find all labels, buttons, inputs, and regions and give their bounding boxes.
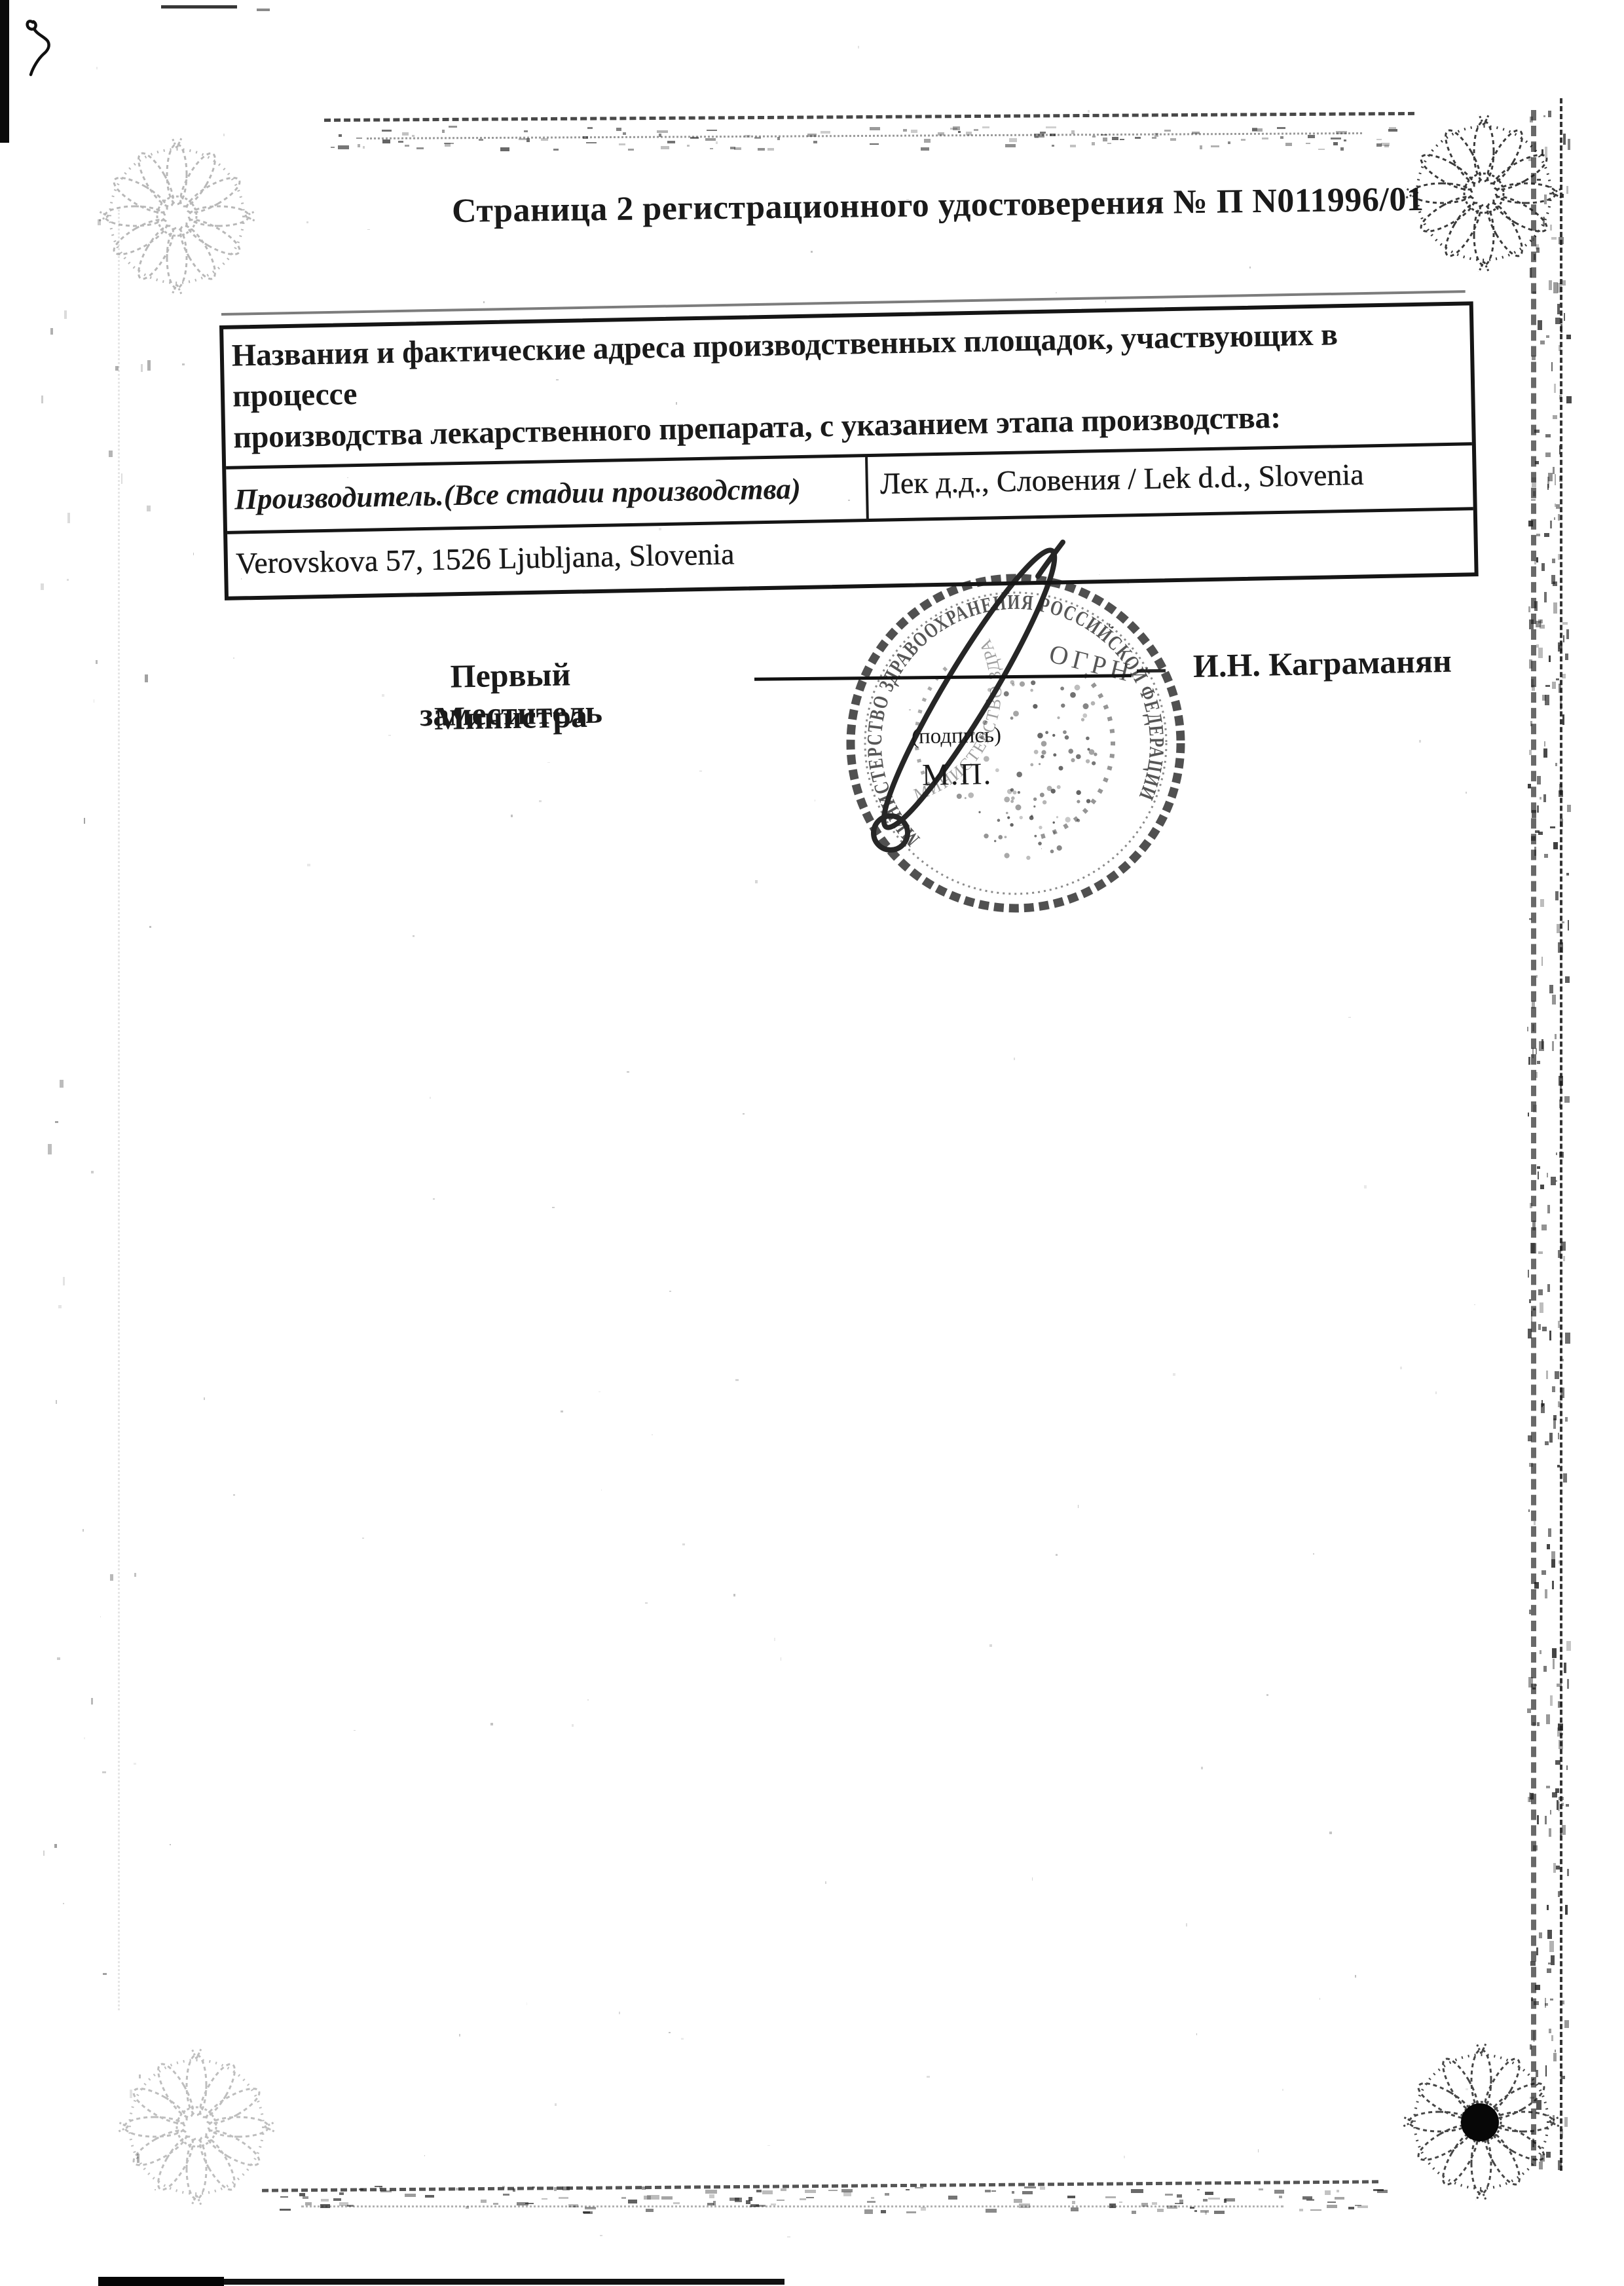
scan-speck — [762, 2190, 773, 2194]
signer-name: И.Н. Каграманян — [1192, 642, 1452, 685]
scan-speck — [1529, 1792, 1530, 1802]
scan-speck — [1005, 144, 1016, 148]
scan-speck — [41, 583, 44, 590]
scan-speck — [503, 2194, 509, 2195]
scan-speck — [1555, 1034, 1557, 1039]
scan-speck — [1566, 335, 1571, 339]
scan-speck — [1377, 2190, 1388, 2193]
scan-speck — [661, 2196, 673, 2200]
scan-speck — [1224, 2199, 1227, 2203]
scan-speck — [1542, 1327, 1547, 1331]
scan-speck — [986, 2209, 997, 2213]
scan-speck — [1348, 1017, 1350, 1018]
scan-speck — [307, 864, 310, 866]
scan-speck — [64, 310, 67, 319]
scan-speck — [1538, 1324, 1541, 1330]
scan-speck — [1056, 292, 1057, 293]
scan-speck — [1052, 145, 1054, 147]
scan-speck — [583, 2211, 590, 2213]
scan-speck — [459, 2034, 460, 2037]
scan-speck — [58, 1305, 62, 1308]
scan-speck — [974, 129, 978, 131]
scan-speck — [1376, 143, 1382, 147]
scan-speck — [600, 2235, 602, 2236]
scan-speck — [815, 800, 815, 802]
scan-speck — [673, 2202, 680, 2204]
scan-speck — [1541, 1403, 1545, 1413]
scan-speck — [331, 147, 335, 148]
scan-speck — [57, 1657, 60, 1660]
scan-speck — [1566, 396, 1572, 403]
scan-speck — [442, 130, 445, 133]
scan-speck — [906, 2211, 916, 2213]
scan-speck — [1538, 320, 1542, 330]
scan-speck — [1564, 1663, 1566, 1673]
scan-speck — [405, 145, 409, 147]
scan-speck — [223, 134, 225, 136]
scan-speck — [587, 127, 593, 129]
scan-speck — [1564, 2020, 1570, 2029]
scan-speck — [1536, 1947, 1538, 1955]
scan-speck — [628, 149, 633, 150]
scan-speck — [1528, 1270, 1529, 1278]
scan-speck — [1545, 1816, 1547, 1824]
scan-speck — [707, 2203, 714, 2205]
scan-speck — [1552, 559, 1555, 563]
scan-speck — [781, 2188, 786, 2191]
scan-speck — [1553, 602, 1558, 613]
scan-speck — [1152, 137, 1156, 139]
scan-speck — [1568, 920, 1569, 931]
scan-speck — [1194, 2210, 1197, 2212]
scan-speck — [1566, 1765, 1568, 1771]
scan-speck — [758, 148, 764, 151]
scan-speck — [1547, 1284, 1550, 1292]
scan-speck — [927, 2076, 930, 2078]
scan-speck — [682, 1543, 685, 1545]
scan-speck — [1277, 127, 1285, 129]
scan-speck — [1544, 854, 1548, 858]
scan-speck — [1306, 143, 1310, 144]
scan-speck — [1555, 1371, 1559, 1379]
frame-top-border — [324, 112, 1414, 122]
scan-speck — [1544, 592, 1547, 602]
scan-speck — [1553, 581, 1557, 586]
scan-speck — [1527, 1708, 1530, 1713]
scan-speck — [1547, 1905, 1549, 1910]
scan-speck — [1308, 135, 1315, 138]
scan-speck — [424, 2155, 425, 2156]
scan-speck — [1388, 129, 1398, 131]
scan-speck — [1540, 341, 1545, 344]
scan-speck — [1056, 1554, 1058, 1556]
scan-speck — [1282, 2089, 1283, 2090]
scan-speck — [1092, 136, 1096, 138]
frame-left-border — [118, 210, 120, 2010]
scan-speck — [1547, 1544, 1550, 1549]
scan-speck — [1549, 2029, 1551, 2034]
scan-speck — [1565, 1905, 1568, 1915]
scan-speck — [1541, 1570, 1546, 1575]
scan-speck — [1540, 1185, 1545, 1190]
scan-speck — [1545, 695, 1550, 705]
scan-speck — [1540, 625, 1545, 629]
scan-speck — [449, 126, 457, 128]
scan-speck — [628, 2200, 637, 2203]
scan-speck — [367, 229, 370, 230]
scan-speck — [96, 660, 98, 663]
scan-speck — [41, 396, 43, 403]
scan-speck — [1252, 128, 1257, 131]
scan-speck — [1536, 975, 1538, 977]
scan-speck — [1554, 384, 1556, 393]
scan-speck — [54, 1844, 58, 1847]
scan-speck — [1105, 2196, 1116, 2198]
scan-speck — [1539, 1932, 1542, 1938]
scan-speck — [710, 148, 713, 149]
scan-speck — [483, 301, 485, 303]
scan-speck — [91, 1698, 93, 1705]
scan-speck — [1552, 1581, 1554, 1590]
scan-speck — [1545, 1998, 1547, 2008]
scan-speck — [1549, 1331, 1551, 1341]
scan-speck — [354, 1730, 356, 1731]
scanned-certificate-page: Страница 2 регистрационного удостоверени… — [0, 0, 1624, 2286]
scan-speck — [1302, 2196, 1313, 2200]
scan-speck — [1541, 1400, 1543, 1407]
scan-speck — [1546, 1371, 1548, 1379]
scan-speck — [1331, 138, 1341, 139]
scan-speck — [1555, 504, 1557, 507]
scan-speck — [1547, 1930, 1552, 1939]
scan-speck — [1542, 695, 1546, 701]
producer-label-cell: Производитель.(Все стадии производства) — [226, 457, 869, 531]
scan-speck — [1299, 2209, 1303, 2211]
scan-speck — [1132, 2211, 1137, 2214]
scan-speck — [1549, 1433, 1553, 1443]
scan-speck — [781, 1657, 782, 1661]
scan-speck — [109, 451, 113, 457]
scan-speck — [1313, 1553, 1314, 1555]
scan-speck — [50, 328, 53, 335]
scan-speck — [709, 2194, 715, 2198]
scan-speck — [1547, 484, 1549, 490]
scan-speck — [1310, 2209, 1321, 2211]
scan-speck — [730, 147, 735, 149]
scan-speck — [1545, 452, 1551, 457]
scan-speck — [333, 2198, 341, 2201]
scan-speck — [1266, 1694, 1268, 1695]
scan-speck — [1550, 1999, 1553, 2000]
scan-speck — [1225, 2198, 1236, 2202]
scan-speck — [885, 2193, 889, 2195]
scan-speck — [1552, 1386, 1555, 1392]
corner-rosette-top-left — [98, 138, 255, 295]
scan-speck — [1553, 415, 1557, 420]
scan-speck — [601, 1490, 602, 1491]
scan-speck — [644, 2196, 650, 2200]
scan-bottom-bar — [98, 2277, 224, 2286]
scan-speck — [572, 1724, 574, 1727]
scan-speck — [1540, 619, 1542, 625]
scan-speck — [1549, 280, 1552, 289]
scan-speck — [1067, 2196, 1075, 2198]
scan-speck — [147, 506, 151, 511]
scan-speck — [1553, 1863, 1557, 1873]
frame-right-border — [1531, 110, 1536, 2166]
scan-speck — [1546, 1714, 1550, 1724]
scan-speck — [1355, 2205, 1361, 2206]
scan-speck — [1537, 1815, 1539, 1824]
scan-speck — [233, 657, 234, 659]
scan-speck — [1563, 1473, 1568, 1483]
scan-speck — [1545, 434, 1551, 437]
scan-speck — [511, 815, 513, 817]
scan-speck — [100, 1616, 101, 1617]
scan-speck — [871, 2197, 874, 2199]
scan-speck — [1553, 1415, 1557, 1420]
scan-speck — [828, 2190, 838, 2192]
scan-speck — [1540, 1650, 1541, 1654]
scan-speck — [1528, 1113, 1529, 1116]
scan-speck — [707, 130, 717, 132]
scan-speck — [1046, 126, 1056, 128]
frame-bottom-border-inner — [301, 2205, 1283, 2207]
page-header: Страница 2 регистрационного удостоверени… — [452, 179, 1533, 230]
scan-speck — [1545, 2003, 1548, 2006]
scan-speck — [735, 1379, 739, 1381]
scan-speck — [1072, 2201, 1075, 2204]
scan-speck — [1557, 1800, 1558, 1810]
scan-speck — [1208, 2198, 1220, 2200]
scan-speck — [921, 147, 929, 151]
scan-speck — [858, 46, 859, 48]
scan-speck — [1566, 1641, 1570, 1651]
scan-speck — [94, 699, 95, 702]
scan-speck — [787, 2236, 790, 2238]
scan-speck — [63, 1277, 65, 1285]
scan-speck — [445, 143, 451, 147]
scan-speck — [1364, 1185, 1367, 1189]
scan-speck — [1152, 2202, 1157, 2204]
scan-speck — [1565, 654, 1569, 660]
scan-speck — [735, 2198, 742, 2202]
scan-speck — [1562, 714, 1564, 725]
scan-speck — [1177, 2194, 1181, 2198]
scan-speck — [48, 1144, 52, 1154]
scan-speck — [147, 360, 151, 371]
scan-speck — [1544, 741, 1545, 747]
scan-speck — [134, 1573, 136, 1577]
scan-speck — [755, 880, 757, 883]
scan-speck — [1549, 1941, 1555, 1952]
scan-speck — [481, 2200, 487, 2203]
scan-speck — [646, 2209, 654, 2212]
scan-speck — [713, 2201, 716, 2205]
signer-title-line2: Министра — [363, 695, 659, 739]
scan-speck — [777, 2200, 784, 2201]
scan-speck — [1553, 467, 1555, 474]
scan-speck — [1329, 1832, 1332, 1835]
scan-speck — [903, 129, 907, 131]
scan-speck — [1563, 635, 1564, 642]
scan-speck — [1400, 1367, 1403, 1369]
scan-speck — [1552, 1792, 1557, 1797]
scan-speck — [358, 144, 360, 147]
scan-speck — [1528, 1057, 1530, 1065]
scan-speck — [1258, 2149, 1259, 2152]
scan-speck — [1547, 477, 1549, 487]
scan-speck — [1196, 2033, 1197, 2035]
stamp-outer-chain-ring — [851, 578, 1181, 908]
scan-speck — [338, 145, 349, 149]
table-header-cell: Названия и фактические адреса производст… — [223, 305, 1472, 470]
scan-speck — [382, 139, 391, 143]
scan-speck — [305, 2202, 312, 2205]
scan-speck — [1035, 136, 1038, 138]
scan-speck — [705, 2190, 716, 2194]
scan-speck — [669, 2032, 671, 2033]
scan-speck — [96, 67, 98, 69]
seal-place-mark: М.П. — [922, 756, 993, 793]
scan-speck — [1545, 1589, 1547, 1598]
scan-speck — [1205, 2211, 1207, 2215]
scan-speck — [1565, 976, 1570, 982]
scan-speck — [1337, 2190, 1339, 2192]
scan-speck — [1541, 957, 1543, 966]
scan-speck — [647, 2195, 659, 2200]
frame-top-border-inner — [367, 132, 1362, 139]
scan-speck — [921, 2207, 926, 2211]
scan-speck — [627, 1071, 629, 1073]
scan-speck — [1318, 149, 1325, 150]
scan-speck — [1553, 842, 1559, 849]
scan-speck — [1319, 1998, 1320, 2000]
scan-speck — [1040, 2186, 1044, 2190]
scan-speck — [1186, 1923, 1187, 1927]
scan-speck — [1540, 1302, 1543, 1313]
scan-speck — [1566, 629, 1569, 639]
scan-speck — [729, 2198, 739, 2201]
scan-speck — [1538, 648, 1542, 658]
scan-speck — [493, 2203, 498, 2204]
scan-speck — [1552, 1041, 1554, 1051]
scan-speck — [398, 141, 403, 143]
scan-speck — [1214, 2211, 1225, 2215]
scan-speck — [699, 771, 702, 772]
scan-speck — [623, 132, 626, 135]
ministry-round-stamp: МИНИСТЕРСТВО ЗДРАВООХРАНЕНИЯ РОССИЙСКОЙ … — [822, 537, 1228, 943]
scan-speck — [193, 553, 194, 555]
scan-speck — [1389, 127, 1395, 129]
scan-speck — [1538, 619, 1543, 623]
scan-speck — [433, 1198, 435, 1200]
scan-speck — [1566, 186, 1568, 194]
scan-speck — [1538, 832, 1543, 836]
scan-speck — [667, 141, 675, 143]
producer-value-cell: Лек д.д., Словения / Lek d.d., Slovenia — [868, 445, 1473, 519]
scan-top-dash-small — [257, 9, 270, 11]
scan-speck — [67, 579, 69, 581]
scan-speck — [1562, 622, 1568, 625]
scan-speck — [1563, 134, 1566, 144]
scan-speck — [733, 1594, 735, 1596]
scan-speck — [1376, 139, 1382, 140]
scan-speck — [1131, 2189, 1143, 2193]
scan-speck — [687, 145, 690, 147]
scan-speck — [1567, 1679, 1568, 1688]
scan-speck — [1555, 1788, 1559, 1794]
scan-speck — [1550, 1695, 1553, 1706]
scan-speck — [1543, 748, 1547, 758]
scan-speck — [121, 473, 122, 484]
scan-speck — [1014, 1058, 1015, 1060]
scan-speck — [746, 2200, 750, 2204]
scan-top-dash — [161, 5, 237, 9]
scan-speck — [524, 130, 528, 132]
scan-speck — [1120, 139, 1124, 140]
scan-speck — [1538, 1289, 1543, 1295]
scan-speck — [561, 1410, 563, 1412]
scan-speck — [619, 2012, 620, 2015]
scan-speck — [83, 1529, 84, 1532]
scan-speck — [1280, 136, 1284, 139]
scan-speck — [619, 143, 625, 145]
scan-speck — [1551, 2035, 1553, 2041]
scan-speck — [841, 2189, 853, 2192]
scan-speck — [1555, 1180, 1557, 1183]
scan-speck — [958, 131, 960, 132]
scan-speck — [1333, 142, 1337, 145]
scan-speck — [1552, 682, 1555, 689]
scan-speck — [1547, 1205, 1550, 1213]
scan-speck — [1112, 137, 1118, 141]
scan-speck — [1537, 1722, 1540, 1726]
scan-speck — [1546, 335, 1549, 338]
scan-speck — [1384, 145, 1389, 147]
scan-speck — [490, 1723, 494, 1725]
scan-speck — [1538, 1251, 1543, 1253]
scan-speck — [363, 146, 365, 148]
scan-speck — [1274, 2190, 1284, 2194]
scan-speck — [982, 126, 989, 128]
scan-speck — [1536, 534, 1540, 536]
scan-speck — [1474, 1304, 1475, 1306]
scan-speck — [500, 147, 509, 151]
scan-speck — [616, 128, 622, 131]
scan-speck — [1259, 2188, 1263, 2190]
scan-speck — [748, 2197, 752, 2201]
scan-speck — [55, 1121, 58, 1124]
scan-speck — [1197, 2189, 1200, 2190]
scan-speck — [134, 1763, 136, 1765]
scan-speck — [1024, 2186, 1036, 2188]
scan-speck — [1435, 1392, 1437, 1393]
scan-speck — [430, 1097, 431, 1099]
scan-speck — [1568, 139, 1570, 150]
scan-speck — [1553, 1418, 1556, 1428]
scan-speck — [356, 138, 362, 139]
scan-speck — [56, 1400, 57, 1405]
scan-speck — [948, 2196, 957, 2199]
scan-speck — [767, 2145, 770, 2146]
scan-speck — [60, 1080, 63, 1088]
scan-speck — [621, 2197, 626, 2199]
scan-speck — [63, 1903, 64, 1904]
scan-speck — [1165, 2194, 1173, 2196]
scan-speck — [1543, 1666, 1547, 1672]
scan-speck — [645, 1602, 648, 1604]
